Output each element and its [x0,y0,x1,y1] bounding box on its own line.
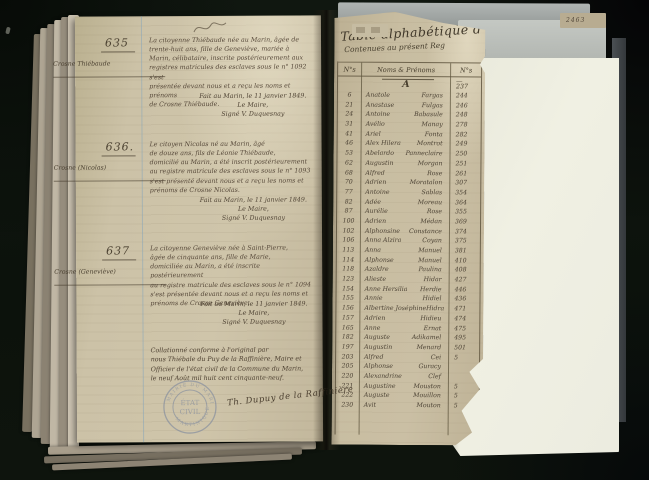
row-name: Alfred Rose [360,168,450,178]
row-page-number: 244 [451,91,481,101]
row-name: Alphonsine Constance [360,226,450,236]
row-act-number: 113 [337,246,360,256]
row-given-name: Anne [364,323,380,333]
row-act-number: 21 [338,100,361,110]
row-page-number: 282 [451,130,481,140]
row-act-number: 53 [337,149,360,159]
row-given-name: Adrien [365,178,386,188]
row-act-number: 87 [337,207,360,217]
etat-civil-stamp: MAIRIE DU MARIN MARTINIQUE ÉTAT CIVIL [161,378,219,436]
row-act-number: 156 [336,304,359,314]
row-name: Auguste Adikamel [359,333,449,343]
row-act-number: 114 [337,255,360,265]
row-given-name: Alfred [365,168,384,178]
row-given-name: Anna [365,246,381,256]
header-no-left: N°s [338,65,361,73]
row-name: Antoine Sablas [360,188,450,198]
row-page-number: 307 [450,178,480,188]
row-page-number: 475 [449,324,479,334]
row-surname: Rose [427,169,442,179]
row-act-number: 102 [337,226,360,236]
paper-scrap-tab [352,24,388,37]
row-act-number: 182 [336,333,359,343]
row-page-number: 436 [449,295,479,305]
row-given-name: Adrien [365,217,386,227]
row-surname: Mouton [416,401,440,411]
row-name: Annie Hidiel [359,294,449,304]
alphabetical-table-page: Table alphabétique d Contenues au présen… [331,11,485,445]
row-surname: Fulgas [422,101,443,111]
row-act-number: 6 [338,91,361,101]
row-surname: Hidar [424,275,442,285]
row-name: Anatole Fargas [361,91,451,101]
row-act-number: 70 [337,178,360,188]
row-surname: Manuel [418,256,442,266]
row-given-name: Annie [364,294,382,304]
row-act-number: 106 [337,236,360,246]
row-surname: Clef [428,372,441,382]
row-page-number: 261 [450,169,480,179]
row-surname: Adikamel [412,333,441,343]
row-given-name: Anne Hersilia [365,284,408,294]
stamp-center-line1: ÉTAT [181,398,200,407]
row-surname: Hidieu [420,314,441,324]
row-act-number: 123 [337,275,360,285]
row-page-number: 251 [450,159,480,169]
row-given-name: Alex Hilera [366,139,401,149]
entry-number: 636. [106,140,135,153]
row-page-number: 410 [450,256,480,266]
row-surname: Moreau [418,198,442,208]
row-given-name: Avélio [366,120,385,130]
row-given-name: Augustin [365,159,393,169]
row-surname: Coyan [422,236,442,246]
row-act-number: 41 [338,129,361,139]
row-page-number: 374 [450,227,480,237]
entry-number-rule [101,51,135,52]
row-surname: Rose [427,207,442,217]
row-name: Abelardo Panneclaire [360,149,450,159]
entry-closing-text: Fait au Marin, le 11 janvier 1849. Le Ma… [186,299,321,327]
entry-number-rule [102,155,136,156]
row-given-name: Alphonse [364,362,393,372]
row-name: Augustine Mouston [359,381,449,391]
row-given-name: Auguste [364,333,390,343]
row-surname: Ernat [424,324,442,334]
row-name: Adrien Hidieu [359,313,449,323]
row-act-number: 82 [337,197,360,207]
row-given-name: Adrien [364,314,385,324]
row-act-number: 46 [338,139,361,149]
row-page-number: 354 [450,188,480,198]
row-surname: Manay [421,120,442,130]
row-surname: Hidiel [423,295,442,305]
row-name: Anna Manuel [360,246,450,256]
row-given-name: Alphonsine [365,226,400,236]
row-name: Alieste Hidar [360,275,450,285]
row-given-name: Anna Alzira [365,236,402,246]
row-surname: Montrot [417,139,443,149]
row-name: Avit Mouton [359,401,449,411]
entry-margin-name: Crosne Thiébaude [53,60,147,68]
row-name: Alfred Cei [359,352,449,362]
register-entry: 637 Crosne (Geneviève) La citoyenne Gene… [76,241,319,346]
row-page-number: 246 [451,101,481,111]
row-page-number: 381 [450,246,480,256]
row-surname: Herdie [420,285,442,295]
row-name: Anna Alzira Coyan [360,236,450,246]
entry-number: 637 [106,244,130,257]
entry-number-rule [102,259,136,260]
entry-margin-name: Crosne (Geneviève) [54,268,148,276]
row-surname: Babasule [414,110,443,120]
row-act-number: 68 [337,168,360,178]
header-no-right: N°s [451,66,481,74]
entry-body-text: Le citoyen Nicolas né au Marin, âgé de d… [150,139,314,195]
row-page-number: 5 [449,382,479,392]
row-given-name: Anatole [366,91,390,101]
row-act-number: 62 [337,158,360,168]
row-given-name: Antoine [366,110,390,120]
alphabetical-table: N°s Noms & Prénoms N°s A — 237 6 Anatole… [335,61,483,435]
dust-speck [5,27,11,35]
row-given-name: Ariel [366,129,381,139]
row-surname: Manuel [418,246,442,256]
row-surname: Guracy [418,362,441,372]
row-act-number: 154 [337,284,360,294]
row-given-name: Adée [365,197,381,207]
row-surname: Panneclaire [406,149,443,159]
row-page-number: 474 [449,314,479,324]
row-name: Antoine Babasule [361,110,451,120]
entry-number: 635 [105,36,129,49]
row-name: Alphonse Manuel [360,255,450,265]
row-page-number: 471 [449,304,479,314]
register-left-page: 635 Crosne Thiébaude La citoyenne Thiéba… [75,15,323,442]
row-act-number: 165 [336,323,359,333]
row-surname: Mouston [413,382,440,392]
row-given-name: Azaldre [365,265,389,275]
row-act-number: 24 [338,110,361,120]
row-act-number: 118 [337,265,360,275]
entry-body-text: La citoyenne Geneviève née à Saint-Pierr… [150,243,314,308]
row-given-name: Aurélie [365,207,388,217]
row-name: Augustin Menard [359,343,449,353]
row-surname: Morgan [418,159,443,169]
row-act-number: 31 [338,120,361,130]
row-name: Alphonse Guracy [359,362,449,372]
row-surname: Fargas [422,91,443,101]
row-given-name: Auguste [364,391,390,401]
row-given-name: Abelardo [365,149,393,159]
row-surname: Menard [417,343,442,353]
section-letter: A [362,79,450,91]
row-name: Adrien Moratalon [360,178,450,188]
row-surname: Paulina [418,265,441,275]
row-act-number: 100 [337,216,360,226]
row-surname: Cei [431,353,441,363]
row-page-number: 249 [451,140,481,150]
row-act-number: 157 [336,313,359,323]
register-entry: 636. Crosne (Nicolas) Le citoyen Nicolas… [76,137,319,242]
row-act-number: 230 [336,400,359,410]
row-name: Anne Hersilia Herdie [360,284,450,294]
row-page-number: 369 [450,217,480,227]
archival-register-scan: 2463 Table alphabétique d Contenues au p… [0,0,649,480]
row-given-name: Alfred [364,352,383,362]
row-name: Azaldre Paulina [360,265,450,275]
row-given-name: Anastase [366,100,394,110]
entry-closing-text: Fait au Marin, le 11 janvier 1849. Le Ma… [186,195,321,223]
row-given-name: Alieste [365,275,386,285]
row-page-number: 250 [450,149,480,159]
row-page-number: 5 [449,353,479,363]
row-name: Alexandrine Clef [359,372,449,382]
row-page-number: 446 [450,285,480,295]
row-page-number: 355 [450,208,480,218]
row-name: Aurélie Rose [360,207,450,217]
row-given-name: Antoine [365,188,389,198]
row-name: Alex Hilera Montrot [361,139,451,149]
row-page-number: 501 [449,343,479,353]
register-entry: 635 Crosne Thiébaude La citoyenne Thiéba… [75,33,318,138]
row-page-number: 364 [450,198,480,208]
row-page-number: 375 [450,237,480,247]
row-surname: Médan [420,217,442,227]
row-name: Auguste Mouillon [359,391,449,401]
row-surname: Mouillon [413,391,441,401]
row-surname: Fonta [425,130,443,140]
row-given-name: Alphonse [365,255,394,265]
section-page-number: 237 [456,83,468,90]
row-name: Ariel Fonta [361,129,451,139]
row-given-name: Albertine Joséphine [364,304,426,314]
row-page-number: 278 [451,120,481,130]
row-given-name: Alexandrine [364,372,402,382]
row-surname: Moratalon [410,178,443,188]
table-header-row: N°s Noms & Prénoms N°s [338,63,481,78]
row-act-number: 77 [337,187,360,197]
entry-closing-text: Fait au Marin, le 11 janvier 1849. Le Ma… [185,91,320,119]
row-surname: Sablas [421,188,442,198]
table-rows: 6 Anatole Fargas 244 21 Anastase Fulgas [336,91,481,436]
entry-margin-name: Crosne (Nicolas) [54,164,148,172]
row-name: Albertine Joséphine Hidra [359,304,449,314]
table-row: 230 Avit Mouton 5 [336,400,479,411]
row-given-name: Augustine [364,381,396,391]
header-names: Noms & Prénoms [361,65,451,74]
row-name: Anastase Fulgas [361,100,451,110]
row-name: Avélio Manay [361,120,451,130]
row-page-number: 427 [450,275,480,285]
stamp-center-line2: CIVIL [180,408,201,416]
row-given-name: Avit [364,401,376,411]
register-entries: 635 Crosne Thiébaude La citoyenne Thiéba… [75,33,319,346]
row-name: Adrien Médan [360,217,450,227]
row-page-number: 408 [450,266,480,276]
row-page-number: 248 [451,111,481,121]
row-surname: Hidra [426,304,444,314]
row-name: Adée Moreau [360,197,450,207]
row-name: Augustin Morgan [360,158,450,168]
row-surname: Constance [409,227,442,237]
row-act-number: 155 [336,294,359,304]
paper-scrap-note: 2463 [560,13,606,28]
row-given-name: Augustin [364,343,392,353]
row-page-number: 495 [449,333,479,343]
row-name: Anne Ernat [359,323,449,333]
